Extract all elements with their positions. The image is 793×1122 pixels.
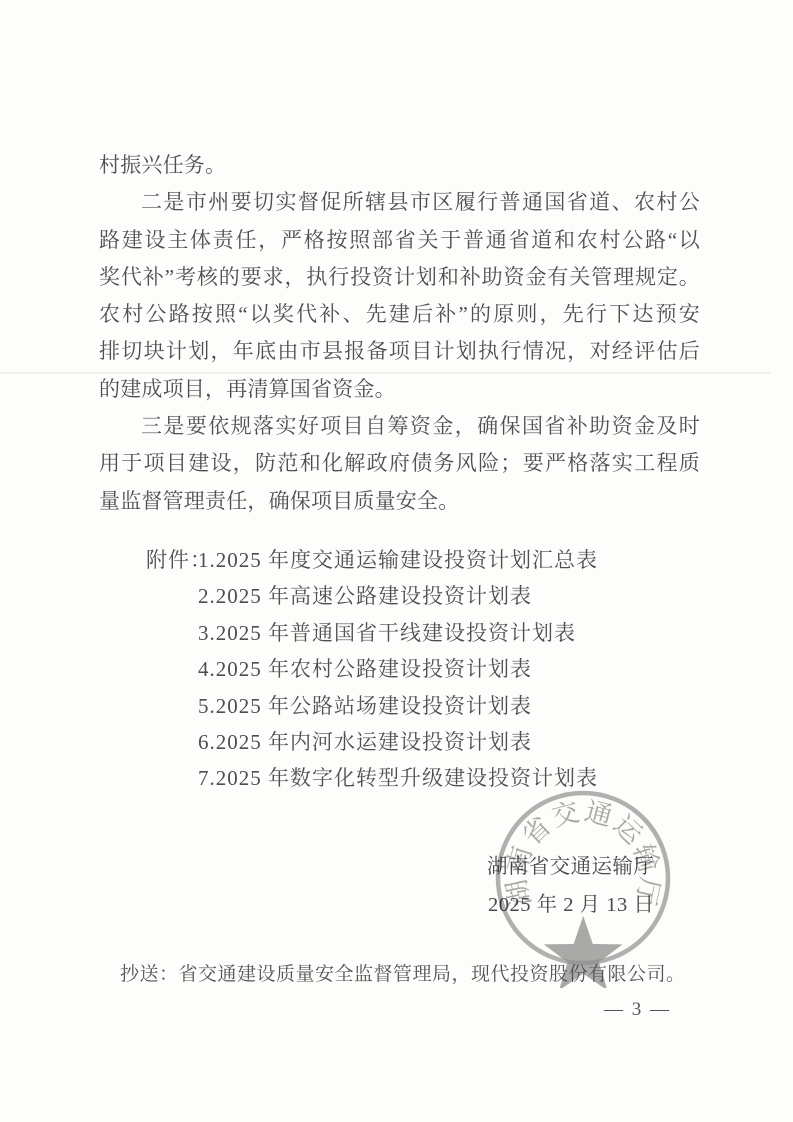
text-line: 农村公路按照“以奖代补、先建后补”的原则，先行下达预安	[99, 296, 700, 333]
cc-text: 省交通建设质量安全监督管理局，现代投资股份有限公司。	[179, 964, 686, 985]
text-line: 用于项目建设，防范和化解政府债务风险；要严格落实工程质	[99, 445, 700, 482]
text-line: 二是市州要切实督促所辖县市区履行普通国省道、农村公	[99, 184, 700, 221]
paragraph-two: 二是市州要切实督促所辖县市区履行普通国省道、农村公路建设主体责任，严格按照部省关…	[99, 184, 700, 408]
text-line: 4.2025 年农村公路建设投资计划表	[198, 651, 719, 687]
cc-line: 抄送：省交通建设质量安全监督管理局，现代投资股份有限公司。	[120, 961, 686, 989]
text-line: 路建设主体责任，严格按照部省关于普通省道和农村公路“以	[99, 222, 700, 259]
text-line: 6.2025 年内河水运建设投资计划表	[198, 724, 719, 760]
attachments-list: 1.2025 年度交通运输建设投资计划汇总表2.2025 年高速公路建设投资计划…	[99, 542, 719, 797]
signature-agency: 湖南省交通运输厅	[487, 849, 654, 886]
text-line: 量监督管理责任，确保项目质量安全。	[99, 483, 700, 520]
text-line: 三是要依规落实好项目自筹资金，确保国省补助资金及时	[99, 408, 700, 445]
text-line: 7.2025 年数字化转型升级建设投资计划表	[198, 760, 719, 796]
paragraph-continuation: 村振兴任务。	[99, 147, 700, 184]
text-line: 排切块计划，年底由市县报备项目计划执行情况，对经评估后	[99, 333, 700, 370]
signature-date: 2025 年 2 月 13 日	[488, 887, 654, 924]
text-line: 2.2025 年高速公路建设投资计划表	[198, 578, 719, 614]
text-line: 5.2025 年公路站场建设投资计划表	[198, 688, 719, 724]
page-number: — 3 —	[604, 999, 671, 1021]
scanned-document-page: 村振兴任务。 二是市州要切实督促所辖县市区履行普通国省道、农村公路建设主体责任，…	[0, 0, 793, 1122]
text-line: 村振兴任务。	[99, 147, 700, 184]
text-line: 1.2025 年度交通运输建设投资计划汇总表	[198, 542, 719, 578]
text-line: 3.2025 年普通国省干线建设投资计划表	[198, 615, 719, 651]
cc-label: 抄送：	[120, 964, 179, 985]
attachments-label: 附件：	[146, 542, 212, 578]
text-line: 奖代补”考核的要求，执行投资计划和补助资金有关管理规定。	[99, 259, 700, 296]
text-line: 的建成项目，再清算国省资金。	[99, 371, 700, 408]
document-body: 村振兴任务。 二是市州要切实督促所辖县市区履行普通国省道、农村公路建设主体责任，…	[99, 147, 700, 520]
paragraph-three: 三是要依规落实好项目自筹资金，确保国省补助资金及时用于项目建设，防范和化解政府债…	[99, 408, 700, 520]
attachments-block: 附件： 1.2025 年度交通运输建设投资计划汇总表2.2025 年高速公路建设…	[99, 542, 719, 797]
